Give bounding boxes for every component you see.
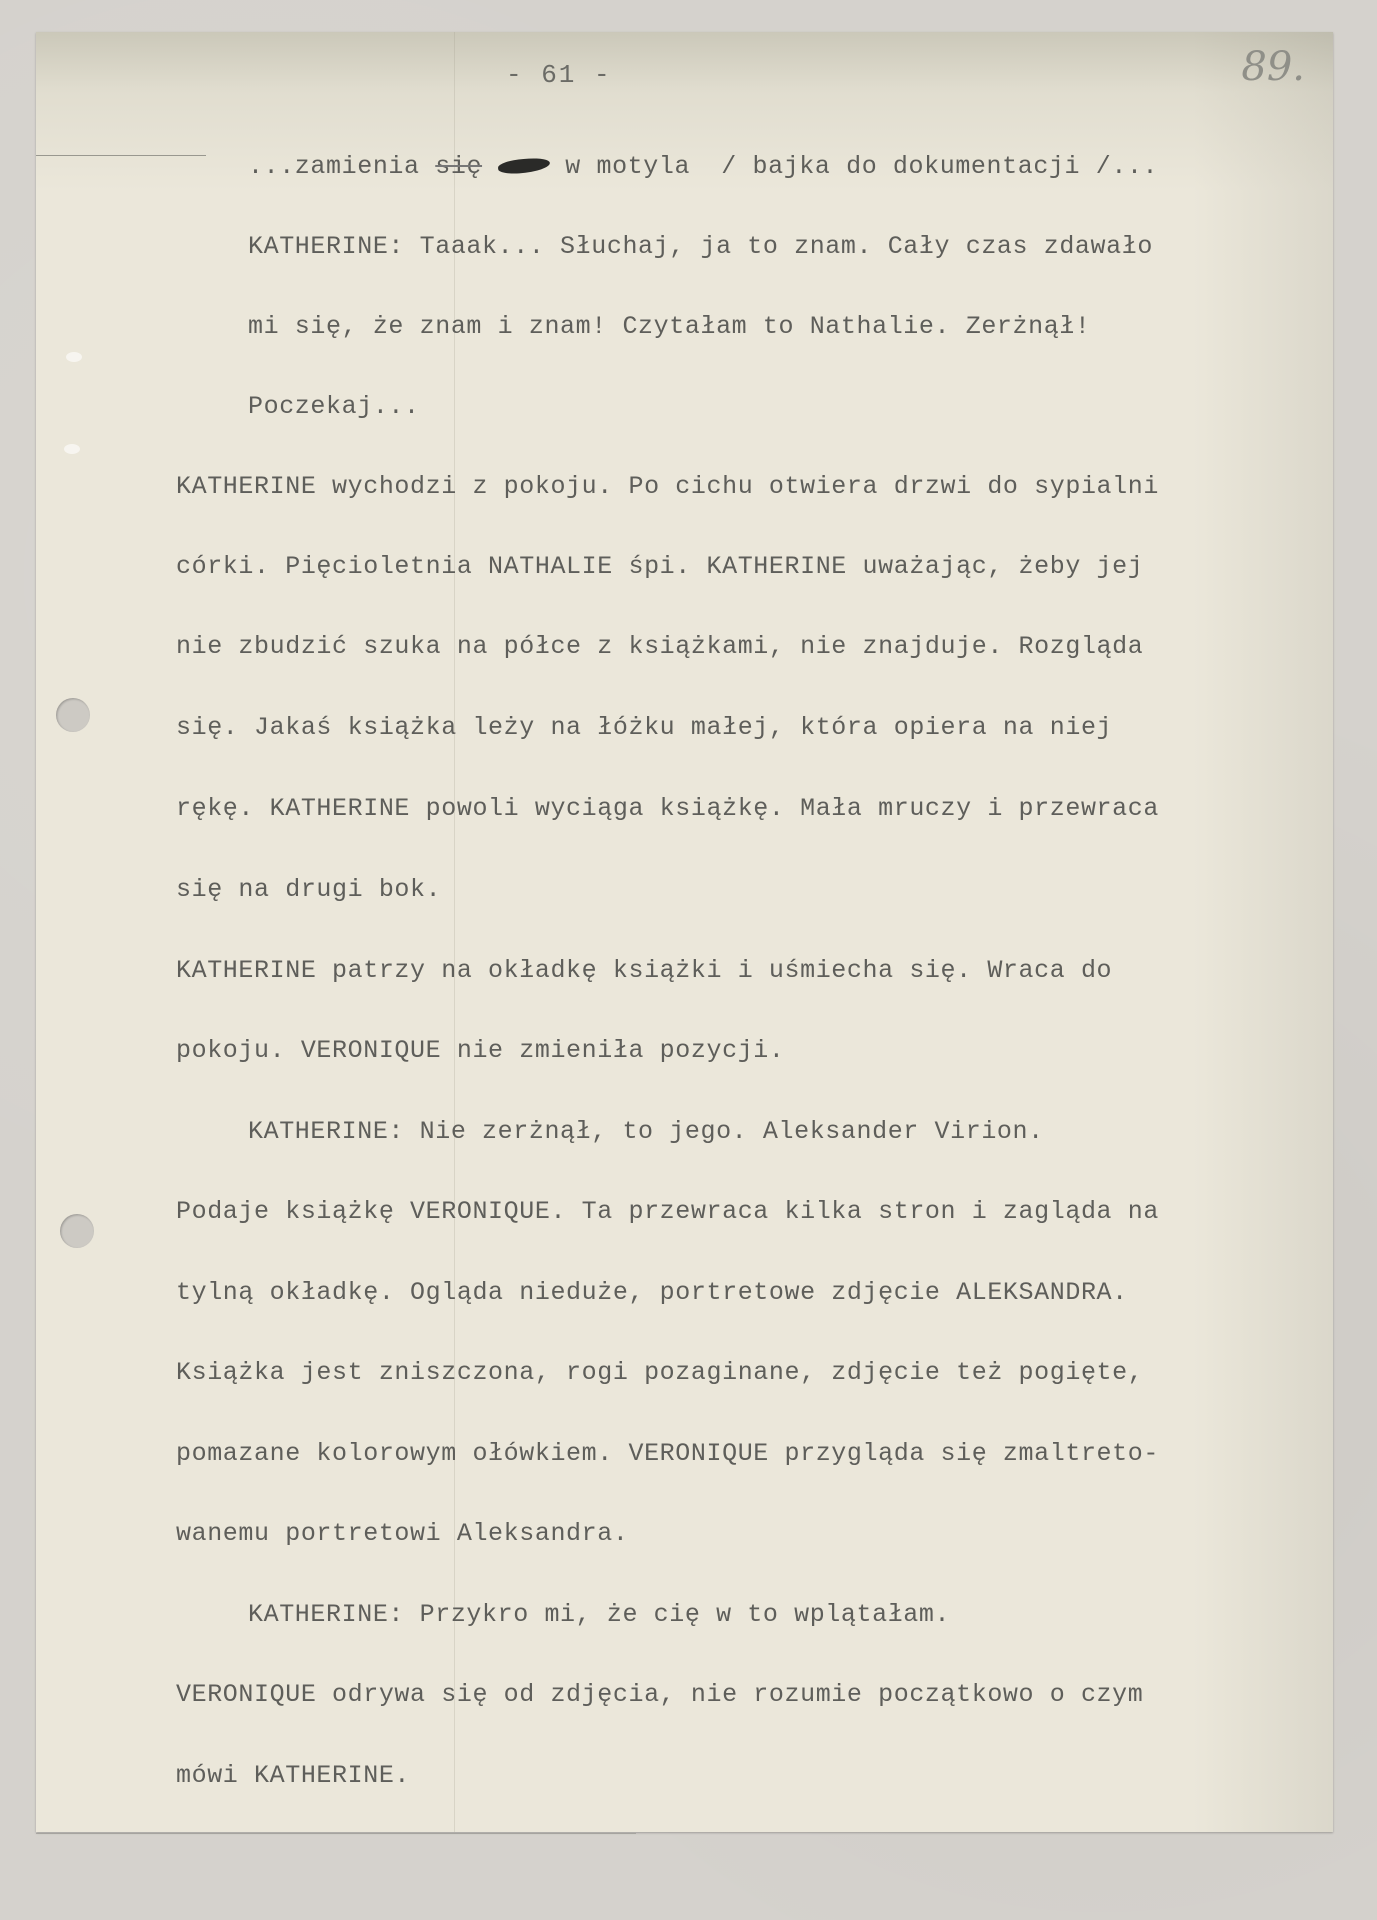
text-line: wanemu portretowi Aleksandra. (176, 1519, 628, 1548)
text-line: rękę. KATHERINE powoli wyciąga książkę. … (176, 794, 1159, 823)
struck-text: się (435, 152, 482, 181)
text-line: się. Jakaś książka leży na łóżku małej, … (176, 713, 1112, 742)
text-line: nie zbudzić szuka na półce z książkami, … (176, 632, 1143, 661)
text-line: KATHERINE: Przykro mi, że cię w to wpląt… (248, 1600, 950, 1629)
text-line: pokoju. VERONIQUE nie zmieniła pozycji. (176, 1036, 785, 1065)
text-line: Podaje książkę VERONIQUE. Ta przewraca k… (176, 1197, 1159, 1226)
punch-hole-icon (56, 698, 90, 732)
text-segment: w motyla / bajka do dokumentacji /... (550, 152, 1159, 181)
text-line: KATHERINE: Nie zerżnął, to jego. Aleksan… (248, 1117, 1044, 1146)
text-segment (482, 152, 498, 181)
text-line: mi się, że znam i znam! Czytałam to Nath… (248, 312, 1091, 341)
text-segment: ...zamienia (248, 152, 435, 181)
text-line: KATHERINE: Taaak... Słuchaj, ja to znam.… (248, 232, 1153, 261)
ink-blot-icon (497, 158, 550, 176)
paper-fold-line (454, 32, 455, 1832)
text-line: KATHERINE wychodzi z pokoju. Po cichu ot… (176, 472, 1159, 501)
text-line: pomazane kolorowym ołówkiem. VERONIQUE p… (176, 1439, 1159, 1468)
text-line: się na drugi bok. (176, 875, 441, 904)
typewritten-page: - 61 - 89. ...zamienia się w motyla / ba… (36, 32, 1333, 1832)
margin-rule-bottom (36, 1833, 636, 1834)
punch-hole-icon (60, 1214, 94, 1248)
text-line: mówi KATHERINE. (176, 1761, 410, 1790)
archive-number: 89. (1241, 44, 1305, 90)
text-line: ...zamienia się w motyla / bajka do doku… (248, 152, 1158, 181)
text-line: córki. Pięcioletnia NATHALIE śpi. KATHER… (176, 552, 1143, 581)
margin-rule-top (36, 155, 206, 156)
staple-mark-icon (66, 352, 82, 362)
text-line: KATHERINE patrzy na okładkę książki i uś… (176, 956, 1112, 985)
text-line: tylną okładkę. Ogląda nieduże, portretow… (176, 1278, 1128, 1307)
staple-mark-icon (64, 444, 80, 454)
page-number: - 61 - (506, 60, 612, 90)
text-line: Poczekaj... (248, 392, 420, 421)
text-line: Książka jest zniszczona, rogi pozaginane… (176, 1358, 1143, 1387)
text-line: VERONIQUE odrywa się od zdjęcia, nie roz… (176, 1680, 1143, 1709)
